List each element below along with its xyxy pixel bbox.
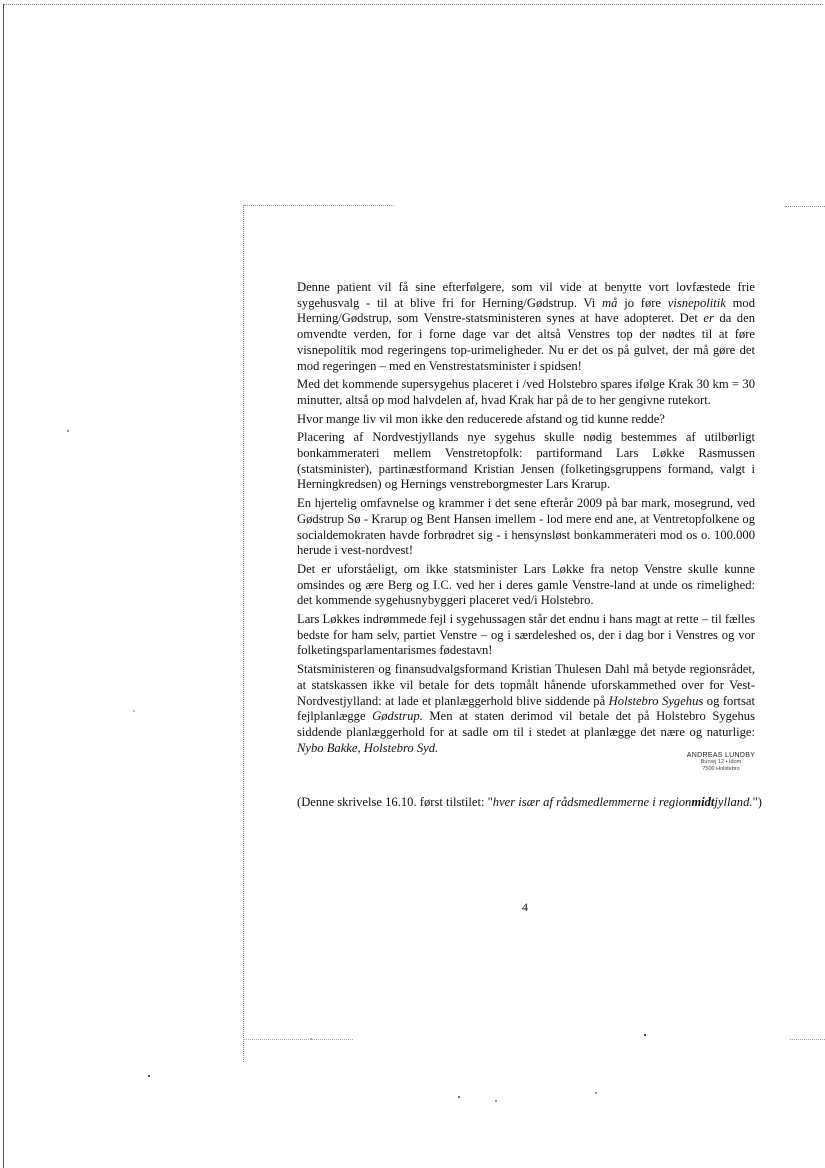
- scan-speck: [458, 1096, 460, 1098]
- paragraph: Med det kommende supersygehus placeret i…: [297, 377, 755, 408]
- footnote-addressed-to: (Denne skrivelse 16.10. først tilstilet:…: [297, 795, 767, 810]
- emphasis-text: Nybo Bakke, Holstebro Syd.: [297, 741, 438, 755]
- page-frame-top: [244, 205, 394, 206]
- page-number: 4: [522, 900, 528, 915]
- signature-name: ANDREAS LUNDBY: [676, 752, 766, 759]
- body-text: Lars Løkkes indrømmede fejl i sygehussag…: [297, 612, 755, 657]
- note-prefix: (Denne skrivelse 16.10. først tilstilet:…: [297, 795, 493, 809]
- body-text: Det er uforståeligt, om ikke statsminist…: [297, 562, 755, 607]
- body-text: Placering af Nordvestjyllands nye sygehu…: [297, 430, 755, 491]
- emphasis-text: er: [703, 311, 714, 325]
- page-frame-bottom-right: [790, 1039, 825, 1040]
- scan-speck: [495, 1100, 497, 1102]
- emphasis-text: må: [602, 296, 617, 310]
- paragraph: Det er uforståeligt, om ikke statsminist…: [297, 562, 755, 609]
- body-text: Hvor mange liv vil mon ikke den reducere…: [297, 412, 665, 426]
- page-frame-bottom: [243, 1039, 353, 1040]
- emphasis-text: Gødstrup.: [372, 709, 423, 723]
- scan-speck: [595, 1092, 597, 1094]
- body-text: Med det kommende supersygehus placeret i…: [297, 377, 755, 407]
- signature-stamp: ANDREAS LUNDBY Burvej 12 • Idom 7500 Hol…: [676, 752, 766, 773]
- emphasis-text: visnepolitik: [668, 296, 726, 310]
- paragraph: Lars Løkkes indrømmede fejl i sygehussag…: [297, 612, 755, 659]
- signature-address-line2: 7500 Holstebro: [676, 766, 766, 773]
- signature-address-line1: Burvej 12 • Idom: [676, 759, 766, 766]
- scan-speck: [67, 430, 69, 432]
- page-frame-left: [243, 205, 244, 1062]
- body-text: jo føre: [617, 296, 667, 310]
- page-frame-top-right: [785, 206, 825, 207]
- paragraph: Hvor mange liv vil mon ikke den reducere…: [297, 412, 755, 428]
- letter-body: Denne patient vil få sine efterfølgere, …: [297, 280, 755, 759]
- body-text: En hjertelig omfavnelse og krammer i det…: [297, 496, 755, 557]
- scan-speck: [644, 1034, 646, 1036]
- note-italic: hver især af rådsmedlemmerne i region: [493, 795, 692, 809]
- scan-outer-left-edge: [3, 4, 4, 1168]
- emphasis-text: Holstebro Sygehus: [609, 694, 704, 708]
- paragraph: Denne patient vil få sine efterfølgere, …: [297, 280, 755, 374]
- scan-speck: [310, 1038, 312, 1040]
- note-suffix: "): [753, 795, 762, 809]
- paragraph: Statsministeren og finansudvalgsformand …: [297, 662, 755, 756]
- note-bold: midt: [691, 795, 714, 809]
- scan-outer-top-edge: [3, 4, 823, 5]
- scan-speck: [148, 1075, 150, 1077]
- paragraph: Placering af Nordvestjyllands nye sygehu…: [297, 430, 755, 493]
- note-italic-tail: jylland.: [714, 795, 752, 809]
- paragraph: En hjertelig omfavnelse og krammer i det…: [297, 496, 755, 559]
- scan-speck: [133, 710, 135, 712]
